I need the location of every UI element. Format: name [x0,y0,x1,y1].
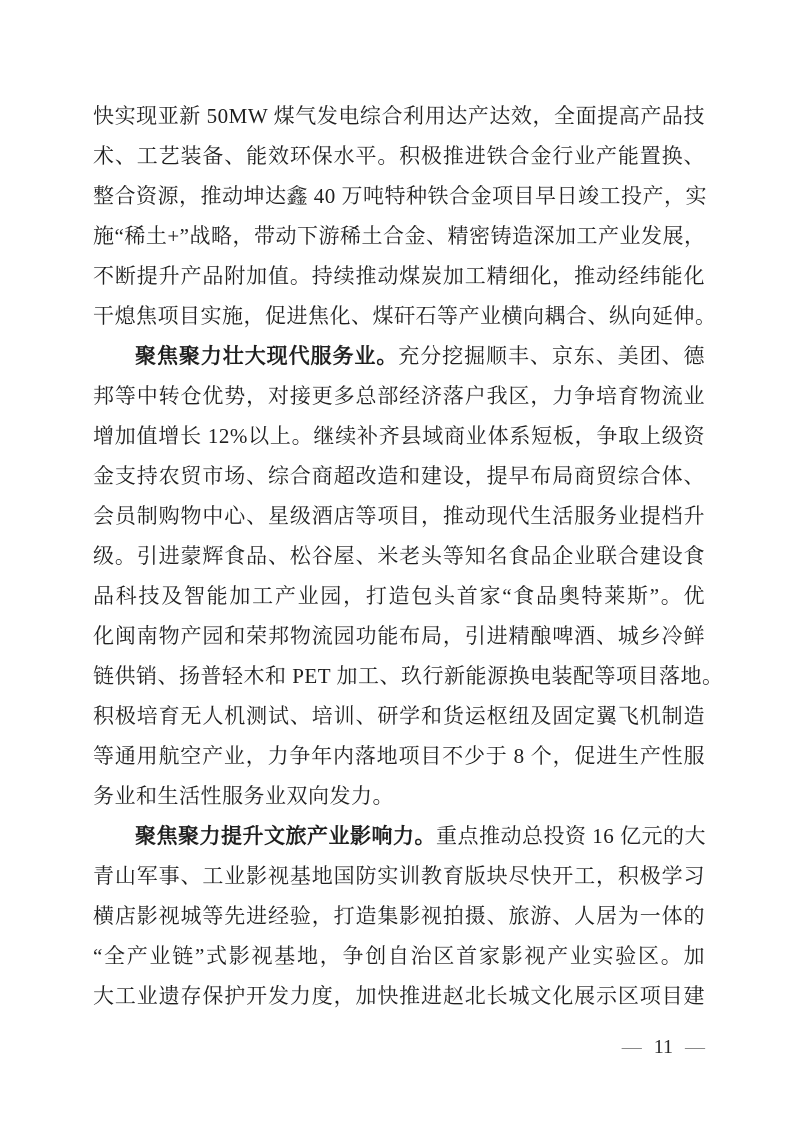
text-line: 不断提升产品附加值。持续推动煤炭加工精细化，推动经纬能化 [93,256,705,296]
line-text: 术、工艺装备、能效环保水平。积极推进铁合金行业产能置换、 [93,144,705,168]
text-line: 整合资源，推动坤达鑫 40 万吨特种铁合金项目早日竣工投产，实 [93,176,705,216]
text-line: 级。引进蒙辉食品、松谷屋、米老头等知名食品企业联合建设食 [93,536,705,576]
footer-dash-left: — [622,1036,642,1058]
text-line: 青山军事、工业影视基地国防实训教育版块尽快开工，积极学习 [93,856,705,896]
text-line: 务业和生活性服务业双向发力。 [93,776,705,816]
line-text: 大工业遗存保护开发力度，加快推进赵北长城文化展示区项目建 [93,984,705,1008]
line-text: 务业和生活性服务业双向发力。 [93,784,394,808]
document-body: 快实现亚新 50MW 煤气发电综合利用达产达效，全面提高产品技术、工艺装备、能效… [93,96,705,1016]
line-text: 金支持农贸市场、综合商超改造和建设，提早布局商贸综合体、 [93,464,705,488]
line-text: 增加值增长 12%以上。继续补齐县域商业体系短板，争取上级资 [93,424,705,448]
text-line: 术、工艺装备、能效环保水平。积极推进铁合金行业产能置换、 [93,136,705,176]
text-line: 会员制购物中心、星级酒店等项目，推动现代生活服务业提档升 [93,496,705,536]
text-line: 增加值增长 12%以上。继续补齐县域商业体系短板，争取上级资 [93,416,705,456]
line-text: “全产业链”式影视基地，争创自治区首家影视产业实验区。加 [93,944,705,968]
line-text: 邦等中转仓优势，对接更多总部经济落户我区，力争培育物流业 [93,384,705,408]
line-text: 等通用航空产业，力争年内落地项目不少于 8 个，促进生产性服 [93,744,705,768]
text-line: 施“稀土+”战略，带动下游稀土合金、精密铸造深加工产业发展， [93,216,705,256]
text-line: 积极培育无人机测试、培训、研学和货运枢纽及固定翼飞机制造 [93,696,705,736]
line-text: 整合资源，推动坤达鑫 40 万吨特种铁合金项目早日竣工投产，实 [93,184,707,208]
line-text: 链供销、扬普轻木和 PET 加工、玖行新能源换电装配等项目落地。 [93,664,723,688]
text-line: 聚焦聚力壮大现代服务业。充分挖掘顺丰、京东、美团、德 [93,336,705,376]
text-line: 等通用航空产业，力争年内落地项目不少于 8 个，促进生产性服 [93,736,705,776]
paragraph-lead-bold: 聚焦聚力壮大现代服务业。 [135,344,398,368]
line-text: 充分挖掘顺丰、京东、美团、德 [398,344,705,368]
line-text: 品科技及智能加工产业园，打造包头首家“食品奥特莱斯”。优 [93,584,705,608]
line-text: 级。引进蒙辉食品、松谷屋、米老头等知名食品企业联合建设食 [93,544,705,568]
line-text: 青山军事、工业影视基地国防实训教育版块尽快开工，积极学习 [93,864,705,888]
text-line: 聚焦聚力提升文旅产业影响力。重点推动总投资 16 亿元的大 [93,816,705,856]
line-text: 会员制购物中心、星级酒店等项目，推动现代生活服务业提档升 [93,504,705,528]
line-text: 不断提升产品附加值。持续推动煤炭加工精细化，推动经纬能化 [93,264,705,288]
page-number: 11 [654,1036,673,1058]
paragraph-lead-bold: 聚焦聚力提升文旅产业影响力。 [135,824,436,848]
text-line: 品科技及智能加工产业园，打造包头首家“食品奥特莱斯”。优 [93,576,705,616]
text-line: 快实现亚新 50MW 煤气发电综合利用达产达效，全面提高产品技 [93,96,705,136]
text-line: 链供销、扬普轻木和 PET 加工、玖行新能源换电装配等项目落地。 [93,656,705,696]
text-line: 横店影视城等先进经验，打造集影视拍摄、旅游、人居为一体的 [93,896,705,936]
text-line: 邦等中转仓优势，对接更多总部经济落户我区，力争培育物流业 [93,376,705,416]
line-text: 快实现亚新 50MW 煤气发电综合利用达产达效，全面提高产品技 [93,104,705,128]
text-line: “全产业链”式影视基地，争创自治区首家影视产业实验区。加 [93,936,705,976]
line-text: 积极培育无人机测试、培训、研学和货运枢纽及固定翼飞机制造 [93,704,705,728]
line-text: 干熄焦项目实施，促进焦化、煤矸石等产业横向耦合、纵向延伸。 [93,304,717,328]
line-text: 施“稀土+”战略，带动下游稀土合金、精密铸造深加工产业发展， [93,224,705,248]
document-page: 快实现亚新 50MW 煤气发电综合利用达产达效，全面提高产品技术、工艺装备、能效… [0,0,793,1122]
line-text: 横店影视城等先进经验，打造集影视拍摄、旅游、人居为一体的 [93,904,705,928]
text-line: 干熄焦项目实施，促进焦化、煤矸石等产业横向耦合、纵向延伸。 [93,296,705,336]
text-line: 大工业遗存保护开发力度，加快推进赵北长城文化展示区项目建 [93,976,705,1016]
page-footer: —11— [622,1036,705,1058]
text-line: 化闽南物产园和荣邦物流园功能布局，引进精酿啤酒、城乡冷鲜 [93,616,705,656]
line-text: 化闽南物产园和荣邦物流园功能布局，引进精酿啤酒、城乡冷鲜 [93,624,705,648]
text-line: 金支持农贸市场、综合商超改造和建设，提早布局商贸综合体、 [93,456,705,496]
footer-dash-right: — [685,1036,705,1058]
line-text: 重点推动总投资 16 亿元的大 [436,824,706,848]
